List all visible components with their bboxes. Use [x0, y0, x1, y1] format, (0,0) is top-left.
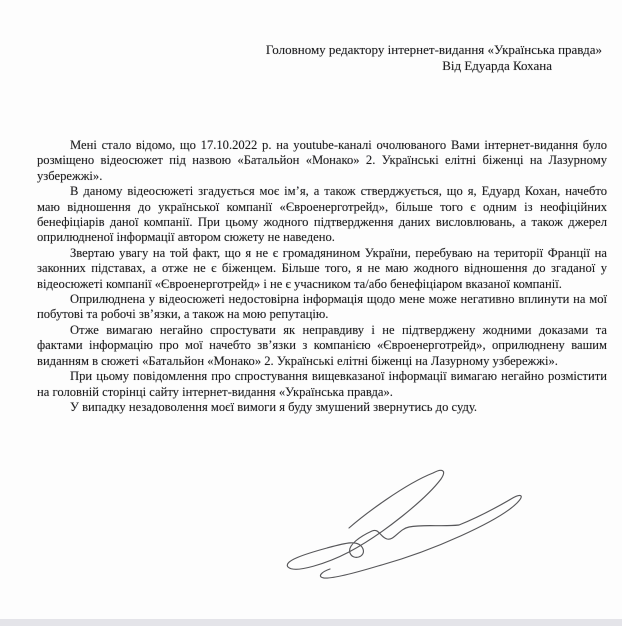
letter-page: Головному редактору інтернет-видання «Ук…: [0, 0, 622, 626]
scan-edge-strip: [0, 619, 622, 626]
paragraph-demand: Отже вимагаю негайно спростувати як непр…: [37, 323, 607, 369]
paragraph-publication: При цьому повідомлення про спростування …: [37, 369, 607, 400]
paragraph-court: У випадку незадоволення моєї вимоги я бу…: [37, 400, 607, 415]
signature: [283, 466, 575, 586]
paragraph-impact: Оприлюднена у відеосюжеті недостовірна і…: [37, 292, 607, 323]
sender-line: Від Едуарда Кохана: [0, 58, 602, 74]
signature-icon: [283, 466, 575, 586]
letter-body: Мені стало відомо, що 17.10.2022 р. на y…: [37, 138, 607, 415]
paragraph-intro: Мені стало відомо, що 17.10.2022 р. на y…: [37, 138, 607, 184]
paragraph-claims: В даному відеосюжеті згадується моє ім’я…: [37, 184, 607, 246]
paragraph-facts: Звертаю увагу на той факт, що я не є гро…: [37, 246, 607, 292]
recipient-line: Головному редактору інтернет-видання «Ук…: [0, 42, 602, 58]
letter-header: Головному редактору інтернет-видання «Ук…: [0, 42, 602, 73]
